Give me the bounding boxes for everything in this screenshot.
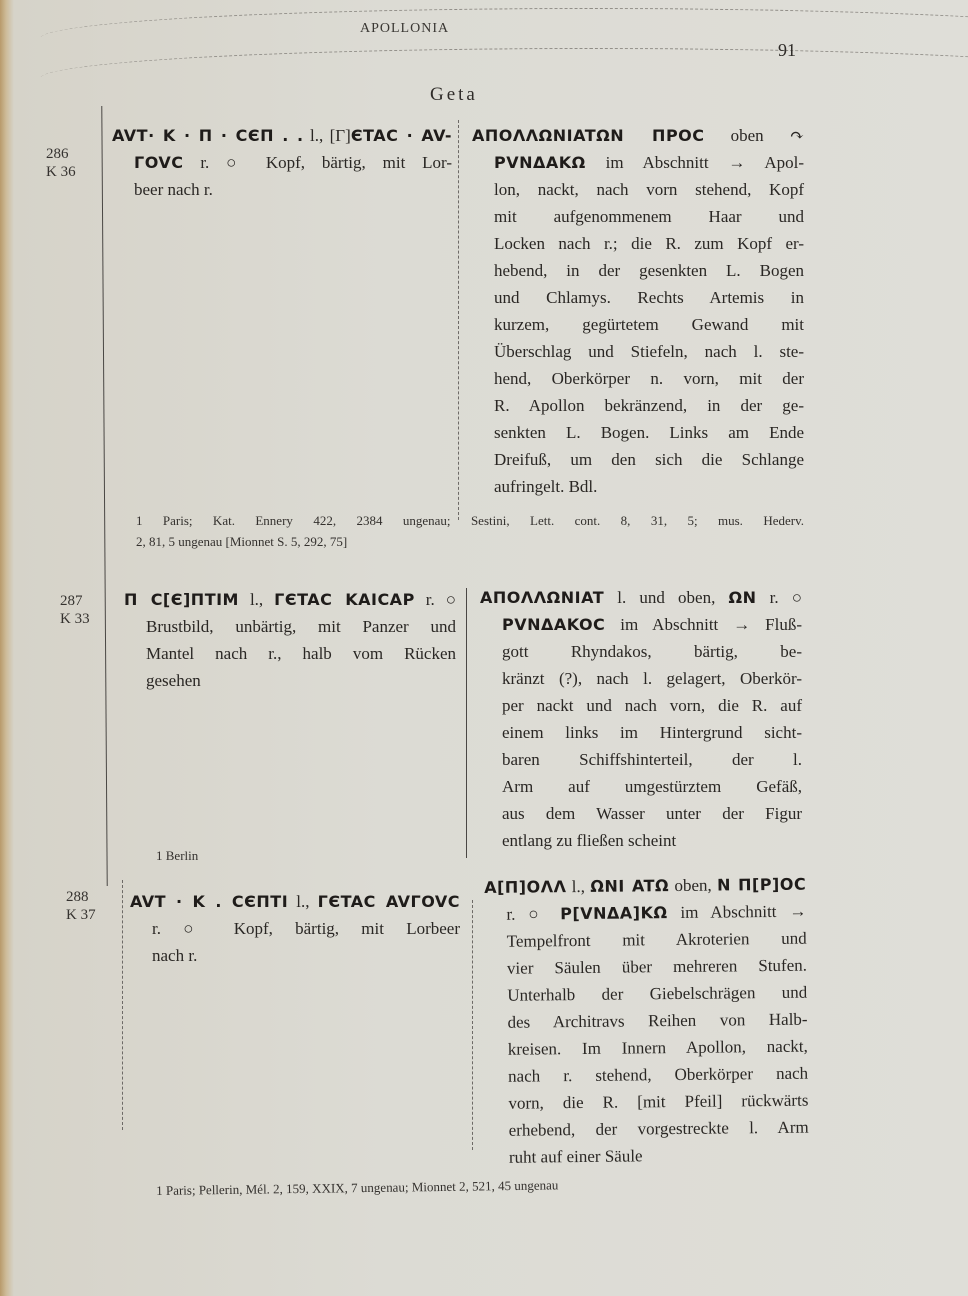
- catalog-ref: K 36: [46, 164, 76, 180]
- reverse-text: und Chlamys. Rechts Artemis in: [472, 284, 804, 311]
- reverse-text: des Architravs Reihen von Halb-: [485, 1006, 807, 1036]
- column-rule-middle-2: [466, 588, 467, 858]
- obverse-text: Mantel nach r., halb vom Rücken: [124, 640, 456, 667]
- reverse-text: im Abschnitt → Fluß-: [605, 615, 802, 634]
- column-rule-left-3: [122, 880, 123, 1130]
- reverse-text: kreisen. Im Innern Apollon, nackt,: [486, 1033, 808, 1063]
- reverse-text: nach r. stehend, Oberkörper nach: [486, 1060, 808, 1090]
- reverse-text: senkten L. Bogen. Links am Ende: [472, 419, 804, 446]
- reverse-text: oben ↷: [705, 126, 804, 145]
- reverse-text: aus dem Wasser unter der Figur: [480, 800, 802, 827]
- reverse-text: einem links im Hintergrund sicht-: [480, 719, 802, 746]
- obverse-text: r. ○: [415, 590, 456, 609]
- column-rule-middle: [458, 120, 459, 520]
- reverse-text: mit aufgenommenem Haar und: [472, 203, 804, 230]
- obverse-legend: ΓЄTAC KAICAP: [274, 590, 415, 609]
- obverse-text: l.,: [239, 590, 274, 609]
- reverse-text: oben,: [669, 876, 717, 896]
- reverse-text: aufringelt. Bdl.: [472, 473, 804, 500]
- footnote-line: 1 Berlin: [156, 848, 198, 863]
- entry-number: 288 K 37: [66, 888, 96, 924]
- reverse-text: r. ○: [506, 904, 560, 924]
- obverse-legend: ΓOVC: [134, 153, 184, 172]
- reverse-text: lon, nackt, nach vorn stehend, Kopf: [472, 176, 804, 203]
- reverse-description: AΠOΛΛΩNIAT l. und oben, ΩN r. ○ PVNΔAKOC…: [480, 584, 802, 854]
- obverse-legend: AVT· K · Π · CЄΠ . .: [112, 126, 304, 145]
- reverse-legend: PVNΔAKΩ: [494, 153, 586, 172]
- reverse-text: r. ○: [756, 588, 802, 607]
- obverse-text: Brustbild, unbärtig, mit Panzer und: [124, 613, 456, 640]
- footnote: 1 Paris; Pellerin, Mél. 2, 159, XXIX, 7 …: [156, 1171, 796, 1201]
- reverse-text: hebend, in der gesenkten L. Bogen: [472, 257, 804, 284]
- obverse-legend: Π C[Є]ΠTIM: [124, 590, 239, 609]
- reverse-legend: ΩN: [728, 588, 756, 607]
- reverse-legend: PVNΔAKOC: [502, 615, 605, 634]
- footnote-line: 2, 81, 5 ungenau [Mionnet S. 5, 292, 75]: [136, 531, 804, 552]
- reverse-text: erhebend, der vorgestreckte l. Arm: [487, 1114, 809, 1144]
- obverse-text: beer nach r.: [112, 176, 452, 203]
- reverse-text: Unterhalb der Giebelschrägen und: [485, 979, 807, 1009]
- footnote: 1 Paris; Kat. Ennery 422, 2384 ungenau; …: [136, 510, 804, 552]
- reverse-text: kurzem, gegürtetem Gewand mit: [472, 311, 804, 338]
- footnote: 1 Berlin: [156, 845, 456, 866]
- book-page: APOLLONIA 91 Geta 286 K 36 AVT· K · Π · …: [0, 0, 968, 1296]
- footnote-line: 1 Paris; Kat. Ennery 422, 2384 ungenau; …: [136, 510, 804, 531]
- reverse-legend: AΠOΛΛΩNIATΩN ΠPOC: [472, 126, 705, 145]
- entry-id: 287: [60, 593, 83, 609]
- obverse-description: AVT· K · Π · CЄΠ . . l., [Γ]ЄTAC · AV- Γ…: [112, 122, 452, 203]
- obverse-text: nach r.: [130, 942, 460, 969]
- reverse-legend: N Π[P]OC: [717, 875, 806, 895]
- obverse-description: AVT · K . CЄΠTI l., ΓЄTAC AVΓOVC r. ○ Ko…: [130, 888, 460, 969]
- entry-number: 287 K 33: [60, 592, 90, 628]
- entry-id: 288: [66, 889, 89, 905]
- reverse-text: per nackt und nach vorn, die R. auf: [480, 692, 802, 719]
- reverse-text: l. und oben,: [604, 588, 728, 607]
- reverse-text: vorn, die R. [mit Pfeil] rückwärts: [486, 1087, 808, 1117]
- running-head: APOLLONIA: [360, 21, 449, 37]
- reverse-text: gott Rhyndakos, bärtig, be-: [480, 638, 802, 665]
- bleed-through-text: [250, 200, 450, 420]
- entry-id: 286: [46, 146, 69, 162]
- page-number: 91: [778, 40, 796, 61]
- obverse-legend: AVT · K . CЄΠTI: [130, 892, 288, 911]
- reverse-legend: AΠOΛΛΩNIAT: [480, 588, 604, 607]
- reverse-text: hend, Oberkörper n. vorn, mit der: [472, 365, 804, 392]
- obverse-description: Π C[Є]ΠTIM l., ΓЄTAC KAICAP r. ○ Brustbi…: [124, 586, 456, 694]
- reverse-text: im Abschnitt →: [667, 902, 806, 922]
- reverse-text: Locken nach r.; die R. zum Kopf er-: [472, 230, 804, 257]
- catalog-ref: K 37: [66, 907, 96, 923]
- reverse-text: Arm auf umgestürztem Gefäß,: [480, 773, 802, 800]
- reverse-text: ruht auf einer Säule: [487, 1141, 809, 1171]
- catalog-ref: K 33: [60, 611, 90, 627]
- obverse-legend: ЄTAC · AV-: [351, 126, 452, 145]
- reverse-text: Überschlag und Stiefeln, nach l. ste-: [472, 338, 804, 365]
- reverse-text: kränzt (?), nach l. gelagert, Oberkör-: [480, 665, 802, 692]
- obverse-text: l., [Γ]: [304, 126, 351, 145]
- reverse-text: im Abschnitt → Apol-: [586, 153, 804, 172]
- column-rule-left: [101, 106, 107, 886]
- reverse-text: Tempelfront mit Akroterien und: [485, 925, 807, 955]
- reverse-text: Dreifuß, um den sich die Schlange: [472, 446, 804, 473]
- obverse-text: gesehen: [124, 667, 456, 694]
- column-rule-middle-3: [472, 900, 473, 1150]
- reverse-legend: A[Π]OΛΛ: [484, 877, 566, 897]
- reverse-legend: P[VNΔA]KΩ: [560, 903, 668, 923]
- footnote-line: 1 Paris; Pellerin, Mél. 2, 159, XXIX, 7 …: [156, 1177, 558, 1198]
- reverse-text: R. Apollon bekränzend, in der ge-: [472, 392, 804, 419]
- obverse-text: l.,: [288, 892, 317, 911]
- reverse-description: A[Π]OΛΛ l., ΩNI ATΩ oben, N Π[P]OC r. ○ …: [484, 871, 809, 1171]
- reverse-text: l.,: [566, 877, 590, 896]
- section-title: Geta: [430, 84, 478, 106]
- reverse-legend: ΩNI ATΩ: [590, 876, 669, 896]
- entry-number: 286 K 36: [46, 145, 76, 181]
- reverse-description: AΠOΛΛΩNIATΩN ΠPOC oben ↷ PVNΔAKΩ im Absc…: [472, 122, 804, 500]
- obverse-legend: ΓЄTAC AVΓOVC: [318, 892, 460, 911]
- reverse-text: baren Schiffshinterteil, der l.: [480, 746, 802, 773]
- obverse-text: r. ○ Kopf, bärtig, mit Lorbeer: [130, 915, 460, 942]
- obverse-text: r. ○ Kopf, bärtig, mit Lor-: [184, 153, 453, 172]
- reverse-text: entlang zu fließen scheint: [480, 827, 802, 854]
- reverse-text: vier Säulen über mehreren Stufen.: [485, 952, 807, 982]
